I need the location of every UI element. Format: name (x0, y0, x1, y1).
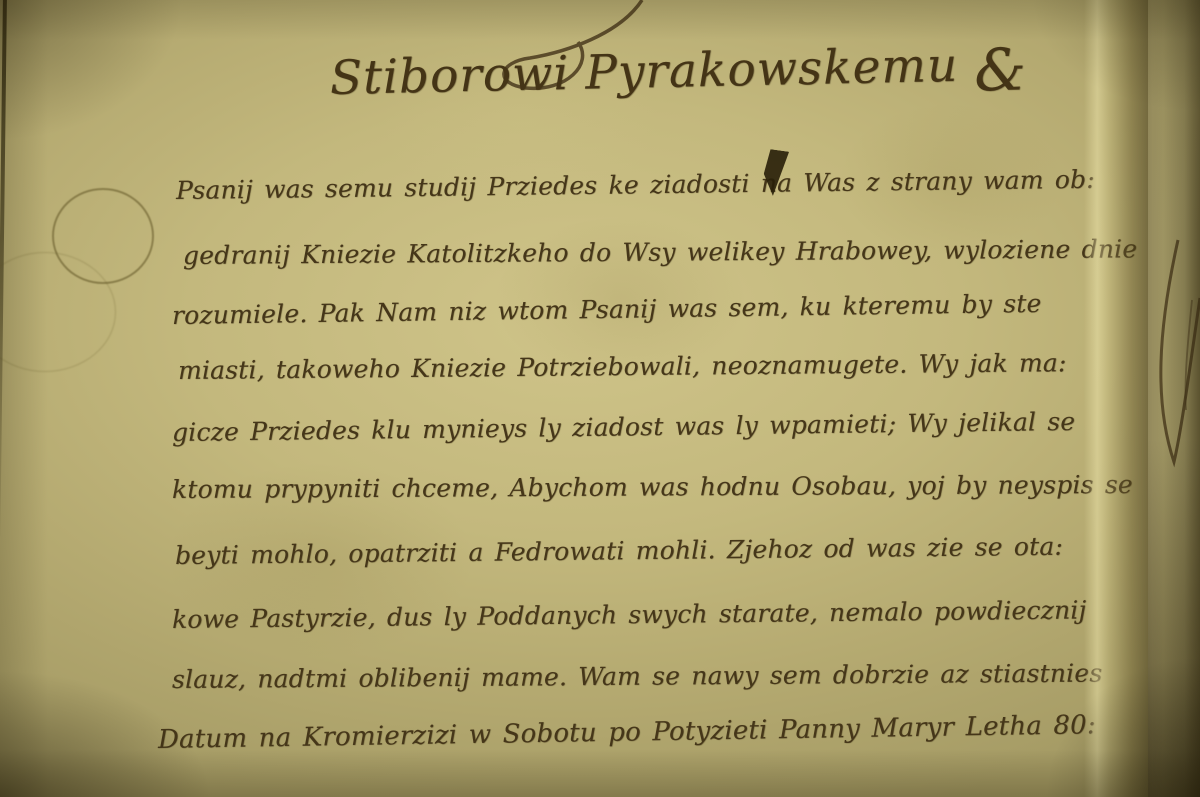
facing-page-flourish (1148, 0, 1200, 797)
facing-page-edge (1148, 0, 1200, 797)
manuscript-line: ktomu prypyniti chceme, Abychom was hodn… (172, 470, 1133, 504)
page-curl-shadow (1084, 0, 1150, 797)
manuscript-photograph: Stiborowi Pyrakowskemu & Psanij was semu… (0, 0, 1200, 797)
heading-flourish: & (973, 35, 1026, 104)
manuscript-heading: Stiborowi Pyrakowskemu & (329, 35, 1026, 118)
heading-text: Stiborowi Pyrakowskemu (329, 38, 958, 106)
